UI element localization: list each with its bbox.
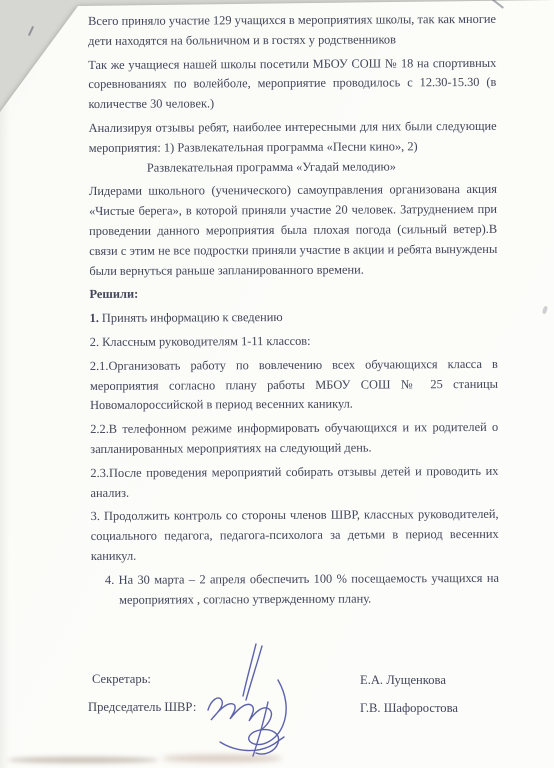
text-line: 2.3.После проведения мероприятий собират… [90, 462, 498, 484]
decision-item-2-3: 2.3.После проведения мероприятий собират… [90, 462, 498, 504]
text-line: мероприятия: 1) Развлекательная программ… [89, 137, 497, 159]
text-line: 2.2.В телефонном режиме информировать об… [90, 418, 498, 440]
text-line: 3. Продолжить контроль со стороны членов… [91, 505, 499, 527]
decision-item-1: 1.Принять информацию к сведению [90, 307, 498, 329]
paragraph-feedback: Анализируя отзывы ребят, наиболее интере… [89, 117, 497, 179]
text-line: 2.1.Организовать работу по вовлечению вс… [90, 355, 498, 377]
text-line: мероприятия согласно плану работы МБОУ С… [90, 374, 498, 396]
decision-item-3: 3. Продолжить контроль со стороны членов… [91, 505, 499, 567]
paragraph-clean-shores: Лидерами школьного (ученического) самоуп… [89, 180, 498, 281]
text-line: Лидерами школьного (ученического) самоуп… [89, 180, 497, 202]
decision-number: 1. [90, 311, 99, 325]
decision-item-2: 2. Классным руководителям 1-11 классов: [90, 331, 498, 353]
decision-text: Принять информацию к сведению [102, 310, 283, 325]
signature-label-chairman: Председатель ШВР: [88, 700, 196, 715]
text-line: связи с этим не все подростки приняли уч… [89, 240, 497, 262]
text-line: запланированных мероприятиях на следующи… [90, 438, 498, 460]
resolved-heading: Решили: [89, 283, 497, 305]
signature-ink [198, 642, 316, 764]
text-line: каникул. [91, 545, 499, 567]
paragraph-volleyball: Так же учащиеся нашей школы посетили МБО… [88, 53, 496, 115]
text-line: мероприятиях , согласно утвержденному пл… [91, 588, 499, 610]
decision-item-2-1: 2.1.Организовать работу по вовлечению вс… [90, 355, 498, 417]
text-line: были вернуться раньше запланированного в… [89, 259, 497, 281]
text-line: проведении данного мероприятия была плох… [89, 220, 497, 242]
text-line: «Чистые берега», в которой приняли участ… [89, 200, 497, 222]
scan-smudge [8, 757, 158, 763]
text-line: Так же учащиеся нашей школы посетили МБО… [88, 53, 496, 75]
text-line: социального педагога, педагога-психолога… [91, 525, 499, 547]
signature-name-chairman: Г.В. Шафоростова [360, 701, 458, 716]
document-body: Всего приняло участие 129 учащихся в мер… [88, 10, 499, 614]
scanned-page: Всего приняло участие 129 учащихся в мер… [0, 0, 554, 768]
signature-label-secretary: Секретарь: [92, 672, 151, 687]
scan-smudge [162, 755, 282, 762]
text-line: 4. На 30 марта – 2 апреля обеспечить 100… [91, 569, 499, 591]
text-line: дети находятся на больничном и в гостях … [88, 30, 496, 52]
text-line: соревнованиях по волейболе, мероприятие … [88, 73, 496, 95]
text-line: Всего приняло участие 129 учащихся в мер… [88, 10, 496, 32]
text-line: Развлекательная программа «Угадай мелоди… [89, 156, 497, 178]
text-line: Анализируя отзывы ребят, наиболее интере… [89, 117, 497, 139]
decision-item-2-2: 2.2.В телефонном режиме информировать об… [90, 418, 498, 460]
text-line: количестве 30 человек.) [88, 93, 496, 115]
paragraph-attendance: Всего приняло участие 129 учащихся в мер… [88, 10, 496, 52]
text-line: анализ. [90, 481, 498, 503]
signature-name-secretary: Е.А. Лущенкова [360, 673, 446, 688]
text-line: Новомалороссийской в период весенних кан… [90, 394, 498, 416]
decision-item-4: 4. На 30 марта – 2 апреля обеспечить 100… [91, 569, 499, 611]
